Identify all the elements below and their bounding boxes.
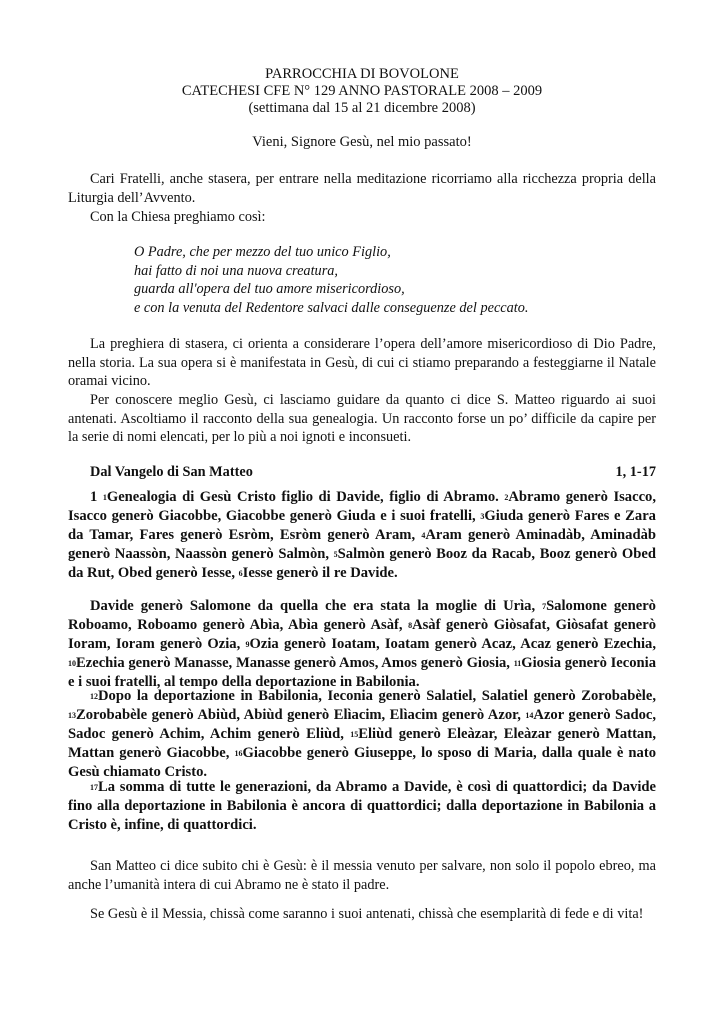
verse-number: 9: [246, 640, 250, 649]
closing-question: Se Gesù è il Messia, chissà come saranno…: [68, 905, 656, 924]
prayer-intro: Con la Chiesa preghiamo così:: [68, 208, 656, 227]
closing-paragraph: San Matteo ci dice subito chi è Gesù: è …: [68, 857, 656, 894]
prayer-line: guarda all'opera del tuo amore misericor…: [134, 280, 528, 299]
prayer-line: O Padre, che per mezzo del tuo unico Fig…: [134, 243, 528, 262]
chapter-number: 1: [90, 489, 103, 505]
verse-number: 14: [525, 711, 533, 720]
verse-text: Ozia generò Ioatam, Ioatam generò Acaz, …: [250, 636, 656, 652]
verse-number: 12: [90, 692, 98, 701]
verse-number: 4: [421, 531, 425, 540]
verse-text: La somma di tutte le generazioni, da Abr…: [68, 779, 656, 833]
gospel-verses-12-16: 12Dopo la deportazione in Babilonia, Iec…: [68, 687, 656, 782]
parish-name: PARROCCHIA DI BOVOLONE: [68, 66, 656, 83]
gospel-reference: 1, 1-17: [615, 464, 656, 481]
gospel-heading: Dal Vangelo di San Matteo 1, 1-17: [90, 464, 656, 481]
genealogy-intro-paragraph: Per conoscere meglio Gesù, ci lasciamo g…: [68, 391, 656, 447]
prayer-block: O Padre, che per mezzo del tuo unico Fig…: [134, 243, 528, 318]
verse-number: 3: [480, 512, 484, 521]
verse-number: 1: [103, 493, 107, 502]
week-dates: (settimana dal 15 al 21 dicembre 2008): [68, 100, 656, 117]
verse-number: 13: [68, 711, 76, 720]
verse-text: Zorobabèle generò Abiùd, Abiùd generò El…: [76, 707, 525, 723]
verse-number: 11: [514, 659, 522, 668]
verse-text: Genealogia di Gesù Cristo figlio di Davi…: [107, 489, 505, 505]
verse-number: 15: [350, 730, 358, 739]
verse-number: 6: [239, 569, 243, 578]
prayer-line: hai fatto di noi una nuova creatura,: [134, 262, 528, 281]
verse-number: 8: [408, 621, 412, 630]
prayer-line: e con la venuta del Redentore salvaci da…: [134, 299, 528, 318]
gospel-verses-1-6: 1 1Genealogia di Gesù Cristo figlio di D…: [68, 488, 656, 583]
gospel-verse-17: 17La somma di tutte le generazioni, da A…: [68, 778, 656, 835]
verse-text: Dopo la deportazione in Babilonia, Iecon…: [98, 688, 656, 704]
catechesis-title: CATECHESI CFE N° 129 ANNO PASTORALE 2008…: [68, 83, 656, 100]
verse-number: 10: [68, 659, 76, 668]
verse-number: 16: [235, 749, 243, 758]
verse-number: 7: [542, 602, 546, 611]
gospel-verses-6-11: Davide generò Salomone da quella che era…: [68, 597, 656, 692]
verse-number: 17: [90, 783, 98, 792]
document-subtitle: Vieni, Signore Gesù, nel mio passato!: [68, 134, 656, 151]
verse-number: 2: [504, 493, 508, 502]
verse-text: Ezechia generò Manasse, Manasse generò A…: [76, 655, 514, 671]
gospel-title: Dal Vangelo di San Matteo: [90, 464, 253, 481]
reflection-paragraph: La preghiera di stasera, ci orienta a co…: [68, 335, 656, 391]
verse-number: 5: [334, 550, 338, 559]
document-header: PARROCCHIA DI BOVOLONE CATECHESI CFE N° …: [68, 66, 656, 117]
verse-text: Davide generò Salomone da quella che era…: [90, 598, 542, 614]
verse-text: Iesse generò il re Davide.: [243, 565, 398, 581]
intro-paragraph: Cari Fratelli, anche stasera, per entrar…: [68, 170, 656, 207]
